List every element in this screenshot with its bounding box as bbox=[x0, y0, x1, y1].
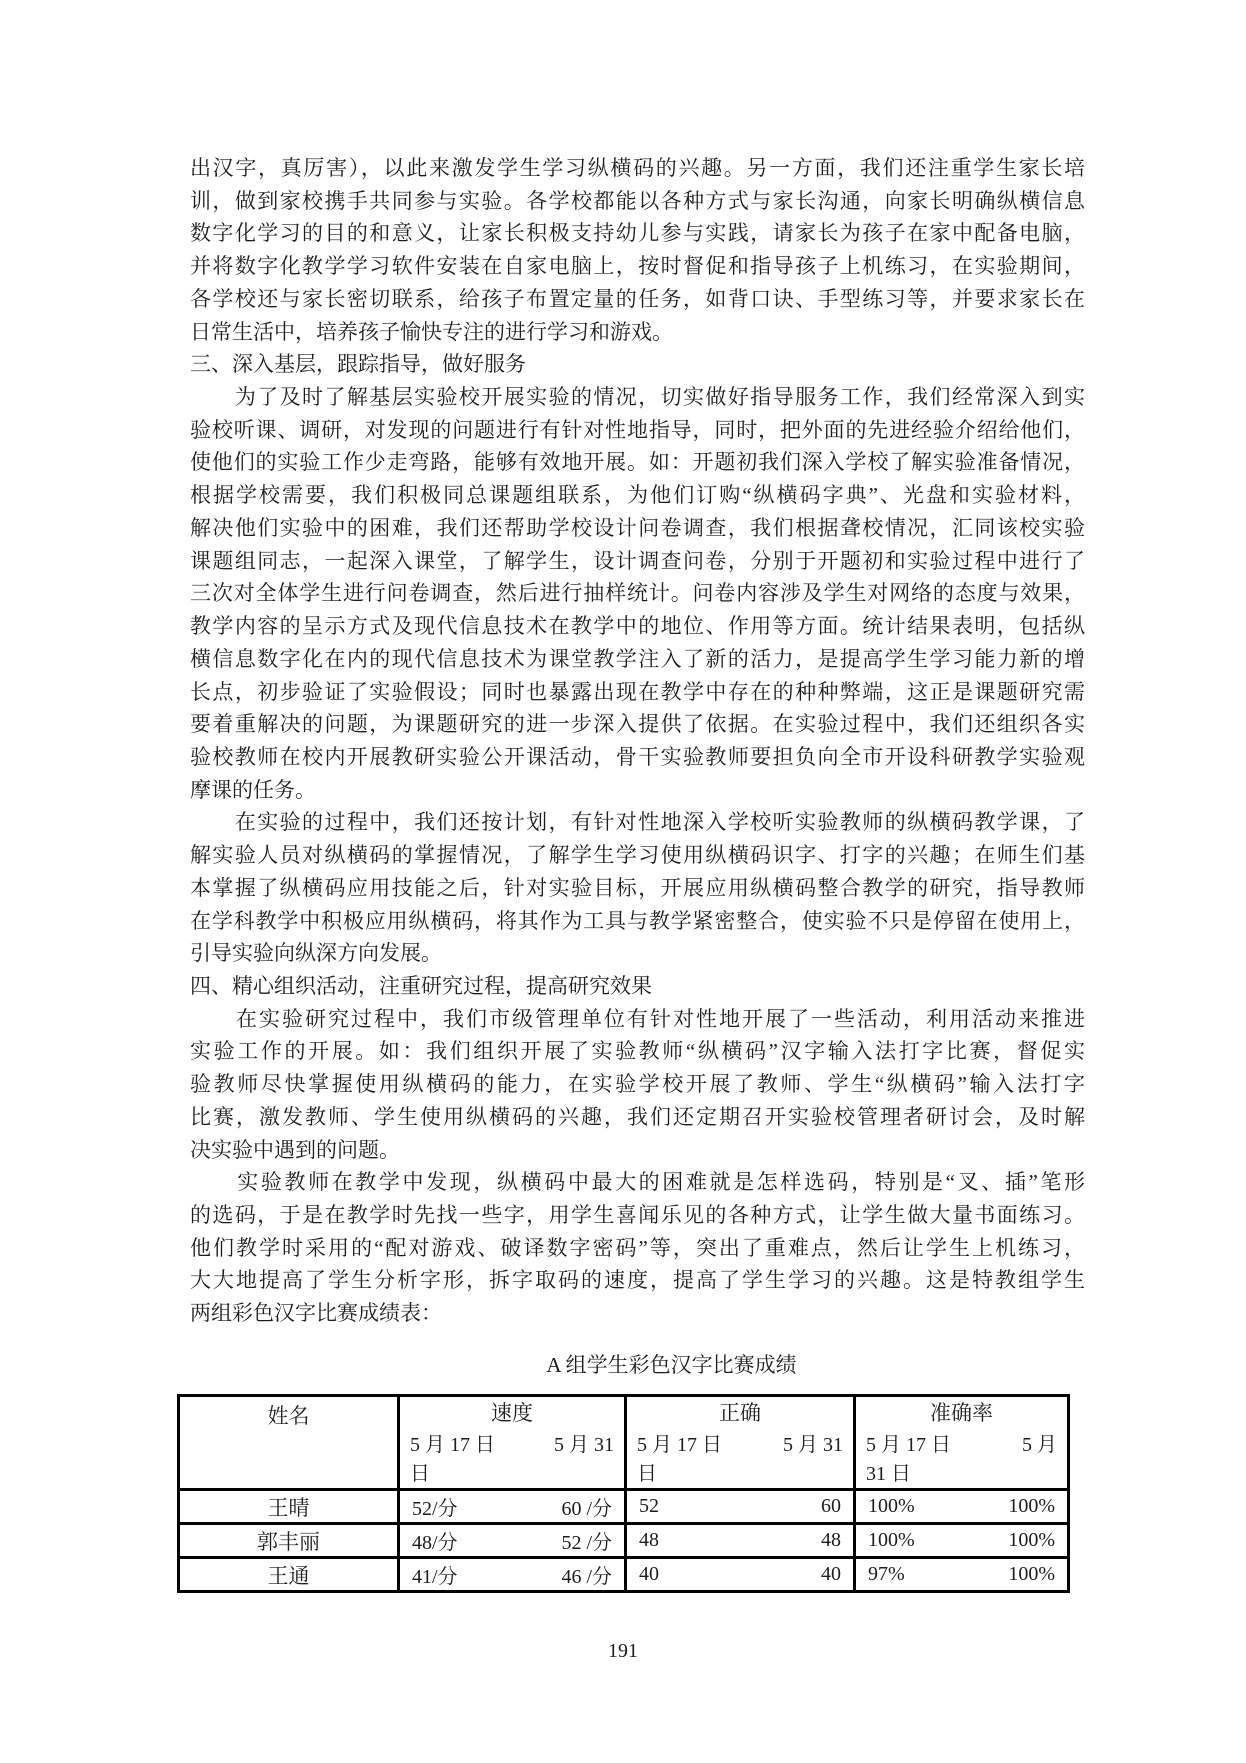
text-line: 验校教师在校内开展教研实验公开课活动，骨干实验教师要担负向全市开设科研教学实验观 bbox=[190, 741, 1085, 774]
score-value-cell: 5260 bbox=[624, 1488, 853, 1522]
text-line: 横信息数字化在内的现代信息技术为课堂教学注入了新的活力，是提高学生学习能力新的增 bbox=[190, 643, 1085, 676]
text-line: 三次对全体学生进行问卷调查，然后进行抽样统计。问卷内容涉及学生对网络的态度与效果… bbox=[190, 577, 1085, 610]
date-header-line: 5 月 17 日5 月 31 bbox=[627, 1430, 853, 1461]
text-line: 比赛，激发教师、学生使用纵横码的兴趣，我们还定期召开实验校管理者研讨会，及时解 bbox=[190, 1101, 1085, 1134]
table-row: 王晴52/分60 /分5260100%100% bbox=[180, 1488, 1067, 1522]
date-label-first: 5 月 17 日 bbox=[637, 1430, 722, 1461]
text-line: 为了及时了解基层实验校开展实验的情况，切实做好指导服务工作，我们经常深入到实 bbox=[190, 381, 1085, 414]
header-metric-cell: 速度5 月 17 日5 月 31日 bbox=[397, 1397, 624, 1488]
text-line: 日常生活中，培养孩子愉快专注的进行学习和游戏。 bbox=[190, 316, 1085, 349]
text-line: 要着重解决的问题，为课题研究的进一步深入提供了依据。在实验过程中，我们还组织各实 bbox=[190, 708, 1085, 741]
text-line: 的选码，于是在教学时先找一些字，用学生喜闻乐见的各种方式，让学生做大量书面练习。 bbox=[190, 1199, 1085, 1232]
date-label-second: 5 月 bbox=[1022, 1430, 1057, 1461]
table-caption: A 组学生彩色汉字比赛成绩 bbox=[177, 1349, 1070, 1382]
score-value-cell: 48/分52 /分 bbox=[397, 1522, 624, 1556]
value-date1: 97% bbox=[868, 1563, 905, 1586]
score-value-cell: 4848 bbox=[624, 1522, 853, 1556]
score-table: 姓名 速度5 月 17 日5 月 31日正确5 月 17 日5 月 31日准确率… bbox=[177, 1394, 1070, 1593]
student-name-cell: 王晴 bbox=[180, 1488, 397, 1522]
header-metric-cell: 正确5 月 17 日5 月 31日 bbox=[624, 1397, 853, 1488]
table-header-row: 姓名 速度5 月 17 日5 月 31日正确5 月 17 日5 月 31日准确率… bbox=[180, 1397, 1067, 1488]
text-line: 各学校还与家长密切联系，给孩子布置定量的任务，如背口诀、手型练习等，并要求家长在 bbox=[190, 283, 1085, 316]
text-line: 长点，初步验证了实验假设；同时也暴露出现在教学中存在的种种弊端，这正是课题研究需 bbox=[190, 676, 1085, 709]
header-name-cell: 姓名 bbox=[180, 1397, 397, 1488]
value-date1: 48/分 bbox=[412, 1526, 458, 1555]
text-line: 使他们的实验工作少走弯路，能够有效地开展。如：开题初我们深入学校了解实验准备情况… bbox=[190, 446, 1085, 479]
value-date2: 60 bbox=[821, 1495, 841, 1518]
value-date2: 60 /分 bbox=[561, 1492, 612, 1521]
text-line: 四、精心组织活动，注重研究过程，提高研究效果 bbox=[190, 970, 1085, 1003]
value-date2: 48 bbox=[821, 1529, 841, 1552]
text-line: 验教师尽快掌握使用纵横码的能力，在实验学校开展了教师、学生“纵横码”输入法打字 bbox=[190, 1068, 1085, 1101]
text-line: 解实验人员对纵横码的掌握情况，了解学生学习使用纵横码识字、打字的兴趣；在师生们基 bbox=[190, 839, 1085, 872]
date-label-wrap: 日 bbox=[627, 1461, 853, 1488]
value-date1: 41/分 bbox=[412, 1560, 458, 1589]
text-line: 并将数字化教学学习软件安装在自家电脑上，按时督促和指导孩子上机练习，在实验期间， bbox=[190, 250, 1085, 283]
date-label-wrap: 日 bbox=[400, 1461, 624, 1488]
score-value-cell: 100%100% bbox=[853, 1522, 1067, 1556]
text-line: 引导实验向纵深方向发展。 bbox=[190, 937, 1085, 970]
document-page: 出汉字，真厉害），以此来激发学生学习纵横码的兴趣。另一方面，我们还注重学生家长培… bbox=[0, 0, 1246, 1763]
text-line: 他们教学时采用的“配对游戏、破译数字密码”等，突出了重难点，然后让学生上机练习， bbox=[190, 1232, 1085, 1265]
text-line: 在学科教学中积极应用纵横码，将其作为工具与教学紧密整合，使实验不只是停留在使用上… bbox=[190, 905, 1085, 938]
text-line: 课题组同志，一起深入课堂，了解学生，设计调查问卷，分别于开题初和实验过程中进行了 bbox=[190, 545, 1085, 578]
date-header-line: 5 月 17 日5 月 bbox=[856, 1430, 1067, 1461]
student-name-cell: 郭丰丽 bbox=[180, 1522, 397, 1556]
text-line: 数字化学习的目的和意义，让家长积极支持幼儿参与实践，请家长为孩子在家中配备电脑， bbox=[190, 217, 1085, 250]
value-date1: 100% bbox=[868, 1529, 915, 1552]
text-line: 决实验中遇到的问题。 bbox=[190, 1134, 1085, 1167]
value-date1: 52/分 bbox=[412, 1492, 458, 1521]
text-line: 解决他们实验中的困难，我们还帮助学校设计问卷调查，我们根据聋校情况，汇同该校实验 bbox=[190, 512, 1085, 545]
score-value-cell: 41/分46 /分 bbox=[397, 1556, 624, 1590]
table-row: 王通41/分46 /分404097%100% bbox=[180, 1556, 1067, 1590]
date-header-line: 5 月 17 日5 月 31 bbox=[400, 1430, 624, 1461]
value-date2: 100% bbox=[1008, 1495, 1055, 1518]
column-title: 正确 bbox=[627, 1397, 853, 1430]
text-line: 实验工作的开展。如：我们组织开展了实验教师“纵横码”汉字输入法打字比赛，督促实 bbox=[190, 1035, 1085, 1068]
value-date2: 46 /分 bbox=[561, 1560, 612, 1589]
text-line: 摩课的任务。 bbox=[190, 774, 1085, 807]
text-line: 本掌握了纵横码应用技能之后，针对实验目标，开展应用纵横码整合教学的研究，指导教师 bbox=[190, 872, 1085, 905]
date-label-first: 5 月 17 日 bbox=[410, 1430, 495, 1461]
column-title: 速度 bbox=[400, 1397, 624, 1430]
text-line: 验校听课、调研，对发现的问题进行有针对性地指导，同时，把外面的先进经验介绍给他们… bbox=[190, 414, 1085, 447]
text-line: 两组彩色汉字比赛成绩表： bbox=[190, 1297, 1085, 1330]
value-date2: 100% bbox=[1008, 1563, 1055, 1586]
student-name-cell: 王通 bbox=[180, 1556, 397, 1590]
value-date2: 100% bbox=[1008, 1529, 1055, 1552]
page-number: 191 bbox=[0, 1640, 1246, 1663]
text-line: 在实验研究过程中，我们市级管理单位有针对性地开展了一些活动，利用活动来推进 bbox=[190, 1003, 1085, 1036]
score-value-cell: 4040 bbox=[624, 1556, 853, 1590]
date-label-second: 5 月 31 bbox=[783, 1430, 843, 1461]
value-date1: 52 bbox=[639, 1495, 659, 1518]
text-line: 实验教师在教学中发现，纵横码中最大的困难就是怎样选码，特别是“叉、插”笔形 bbox=[190, 1166, 1085, 1199]
text-line: 三、深入基层，跟踪指导，做好服务 bbox=[190, 348, 1085, 381]
text-line: 训，做到家校携手共同参与实验。各学校都能以各种方式与家长沟通，向家长明确纵横信息 bbox=[190, 185, 1085, 218]
text-line: 出汉字，真厉害），以此来激发学生学习纵横码的兴趣。另一方面，我们还注重学生家长培 bbox=[190, 152, 1085, 185]
table-row: 郭丰丽48/分52 /分4848100%100% bbox=[180, 1522, 1067, 1556]
body-text: 出汉字，真厉害），以此来激发学生学习纵横码的兴趣。另一方面，我们还注重学生家长培… bbox=[190, 152, 1085, 1330]
text-line: 大大地提高了学生分析字形，拆字取码的速度，提高了学生学习的兴趣。这是特教组学生 bbox=[190, 1264, 1085, 1297]
date-label-wrap: 31 日 bbox=[856, 1461, 1067, 1488]
text-line: 教学内容的呈示方式及现代信息技术在教学中的地位、作用等方面。统计结果表明，包括纵 bbox=[190, 610, 1085, 643]
value-date1: 100% bbox=[868, 1495, 915, 1518]
text-line: 根据学校需要，我们积极同总课题组联系，为他们订购“纵横码字典”、光盘和实验材料， bbox=[190, 479, 1085, 512]
date-label-first: 5 月 17 日 bbox=[866, 1430, 951, 1461]
value-date1: 48 bbox=[639, 1529, 659, 1552]
score-value-cell: 100%100% bbox=[853, 1488, 1067, 1522]
date-label-second: 5 月 31 bbox=[554, 1430, 614, 1461]
score-value-cell: 52/分60 /分 bbox=[397, 1488, 624, 1522]
header-metric-cell: 准确率5 月 17 日5 月31 日 bbox=[853, 1397, 1067, 1488]
column-title: 准确率 bbox=[856, 1397, 1067, 1430]
value-date1: 40 bbox=[639, 1563, 659, 1586]
value-date2: 52 /分 bbox=[561, 1526, 612, 1555]
text-line: 在实验的过程中，我们还按计划，有针对性地深入学校听实验教师的纵横码教学课，了 bbox=[190, 806, 1085, 839]
score-value-cell: 97%100% bbox=[853, 1556, 1067, 1590]
value-date2: 40 bbox=[821, 1563, 841, 1586]
